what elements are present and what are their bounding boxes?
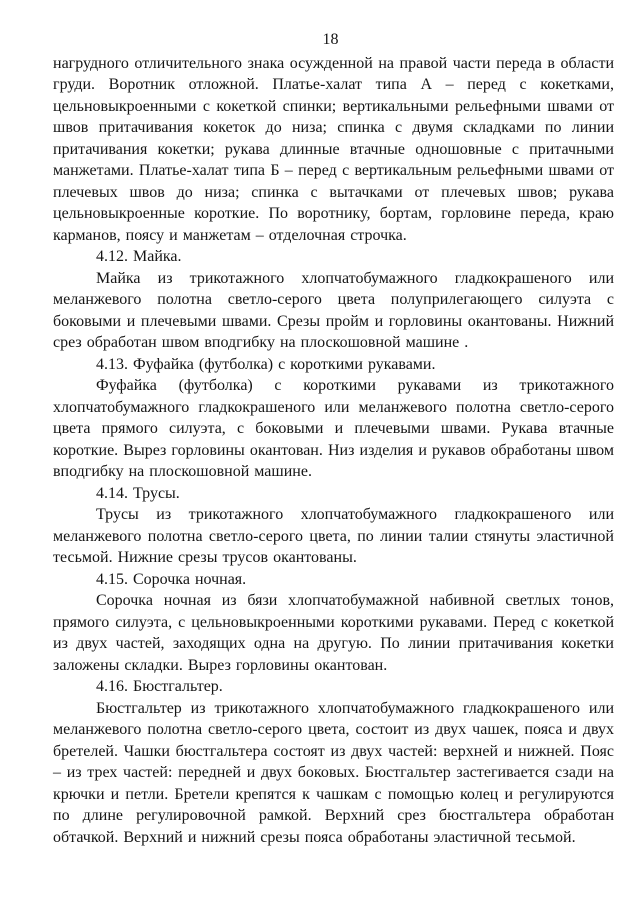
section-heading-4-12-mayka: 4.12. Майка. [53,246,614,268]
document-page: 18 нагрудного отличительного знака осужд… [0,0,640,905]
paragraph-trusy-description: Трусы из трикотажного хлопчатобумажного … [53,504,614,569]
paragraph-sorochka-description: Сорочка ночная из бязи хлопчатобумажной … [53,590,614,676]
section-heading-4-16-byustgalter: 4.16. Бюстгальтер. [53,676,614,698]
page-number: 18 [53,29,614,51]
paragraph-continued-dress-robe: нагрудного отличительного знака осужденн… [53,53,614,247]
section-heading-4-15-sorochka: 4.15. Сорочка ночная. [53,569,614,591]
section-heading-4-13-fufayka: 4.13. Фуфайка (футболка) с короткими рук… [53,354,614,376]
section-heading-4-14-trusy: 4.14. Трусы. [53,483,614,505]
paragraph-fufayka-description: Фуфайка (футболка) с короткими рукавами … [53,375,614,483]
paragraph-mayka-description: Майка из трикотажного хлопчатобумажного … [53,268,614,354]
paragraph-byustgalter-description: Бюстгальтер из трикотажного хлопчатобума… [53,698,614,849]
